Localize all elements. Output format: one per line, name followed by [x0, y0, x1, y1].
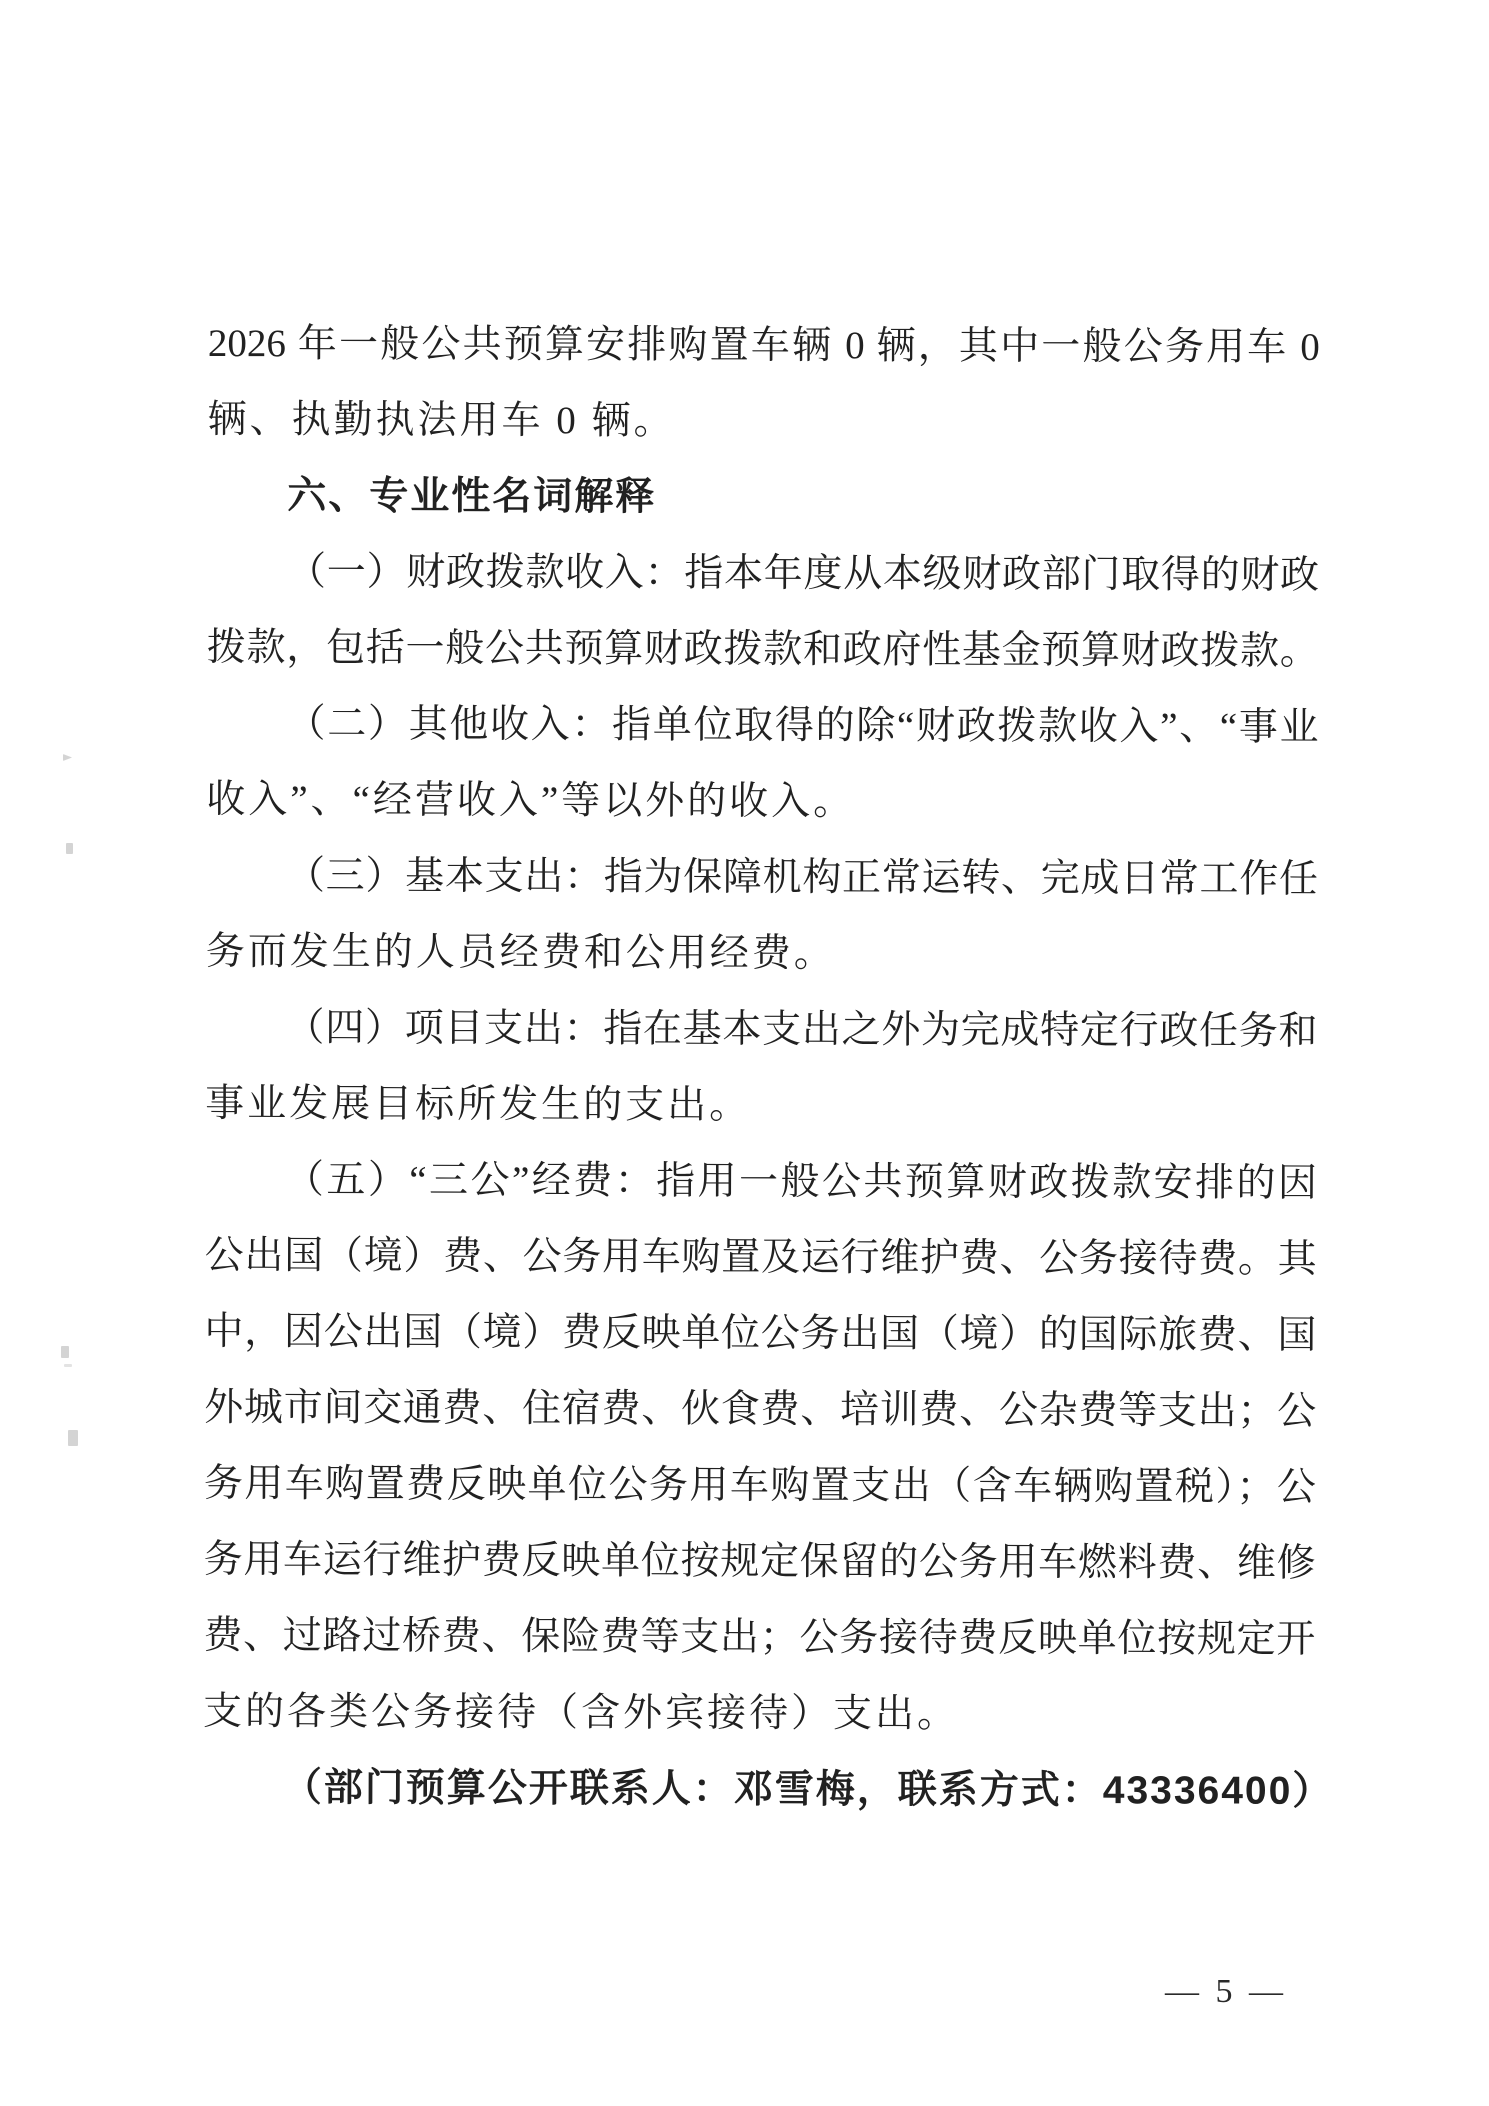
text-line: 务而发生的人员经费和公用经费。 — [206, 914, 1318, 994]
text-line: 务用车运行维护费反映单位按规定保留的公务用车燃料费、维修 — [203, 1522, 1315, 1602]
scanned-document-page: 2026 年一般公共预算安排购置车辆 0 辆，其中一般公务用车 0 辆、执勤执法… — [0, 0, 1489, 2106]
scan-artifact — [64, 1364, 72, 1367]
scan-artifact — [63, 754, 72, 761]
text-line: （四）项目支出：指在基本支出之外为完成特定行政任务和 — [205, 990, 1317, 1070]
text-line: 事业发展目标所发生的支出。 — [205, 1066, 1317, 1146]
text-line: 2026 年一般公共预算安排购置车辆 0 辆，其中一般公务用车 0 — [208, 306, 1320, 386]
document-body: 2026 年一般公共预算安排购置车辆 0 辆，其中一般公务用车 0 辆、执勤执法… — [203, 306, 1320, 1830]
section-heading: 六、专业性名词解释 — [207, 458, 1319, 538]
text-line: 公出国（境）费、公务用车购置及运行维护费、公务接待费。其 — [205, 1218, 1317, 1298]
text-line: 外城市间交通费、住宿费、伙食费、培训费、公杂费等支出；公 — [204, 1370, 1316, 1450]
text-line: （一）财政拨款收入：指本年度从本级财政部门取得的财政 — [207, 534, 1319, 614]
scan-artifact — [66, 843, 73, 854]
scan-artifact — [68, 1430, 78, 1446]
text-line: 费、过路过桥费、保险费等支出；公务接待费反映单位按规定开 — [203, 1598, 1315, 1678]
text-line: 拨款，包括一般公共预算财政拨款和政府性基金预算财政拨款。 — [207, 610, 1319, 690]
text-line: 辆、执勤执法用车 0 辆。 — [207, 382, 1319, 462]
text-line: 支的各类公务接待（含外宾接待）支出。 — [203, 1674, 1315, 1754]
text-line: 中，因公出国（境）费反映单位公务出国（境）的国际旅费、国 — [204, 1294, 1316, 1374]
text-line: （二）其他收入：指单位取得的除“财政拨款收入”、“事业 — [206, 686, 1318, 766]
text-line: 务用车购置费反映单位公务用车购置支出（含车辆购置税）；公 — [204, 1446, 1316, 1526]
scan-artifact — [61, 1346, 69, 1358]
text-line: （五）“三公”经费：指用一般公共预算财政拨款安排的因 — [205, 1142, 1317, 1222]
text-line: （三）基本支出：指为保障机构正常运转、完成日常工作任 — [206, 838, 1318, 918]
text-line: 收入”、“经营收入”等以外的收入。 — [206, 762, 1318, 842]
contact-line: （部门预算公开联系人：邓雪梅，联系方式：43336400） — [203, 1750, 1315, 1830]
page-number: — 5 — — [1165, 1972, 1287, 2012]
